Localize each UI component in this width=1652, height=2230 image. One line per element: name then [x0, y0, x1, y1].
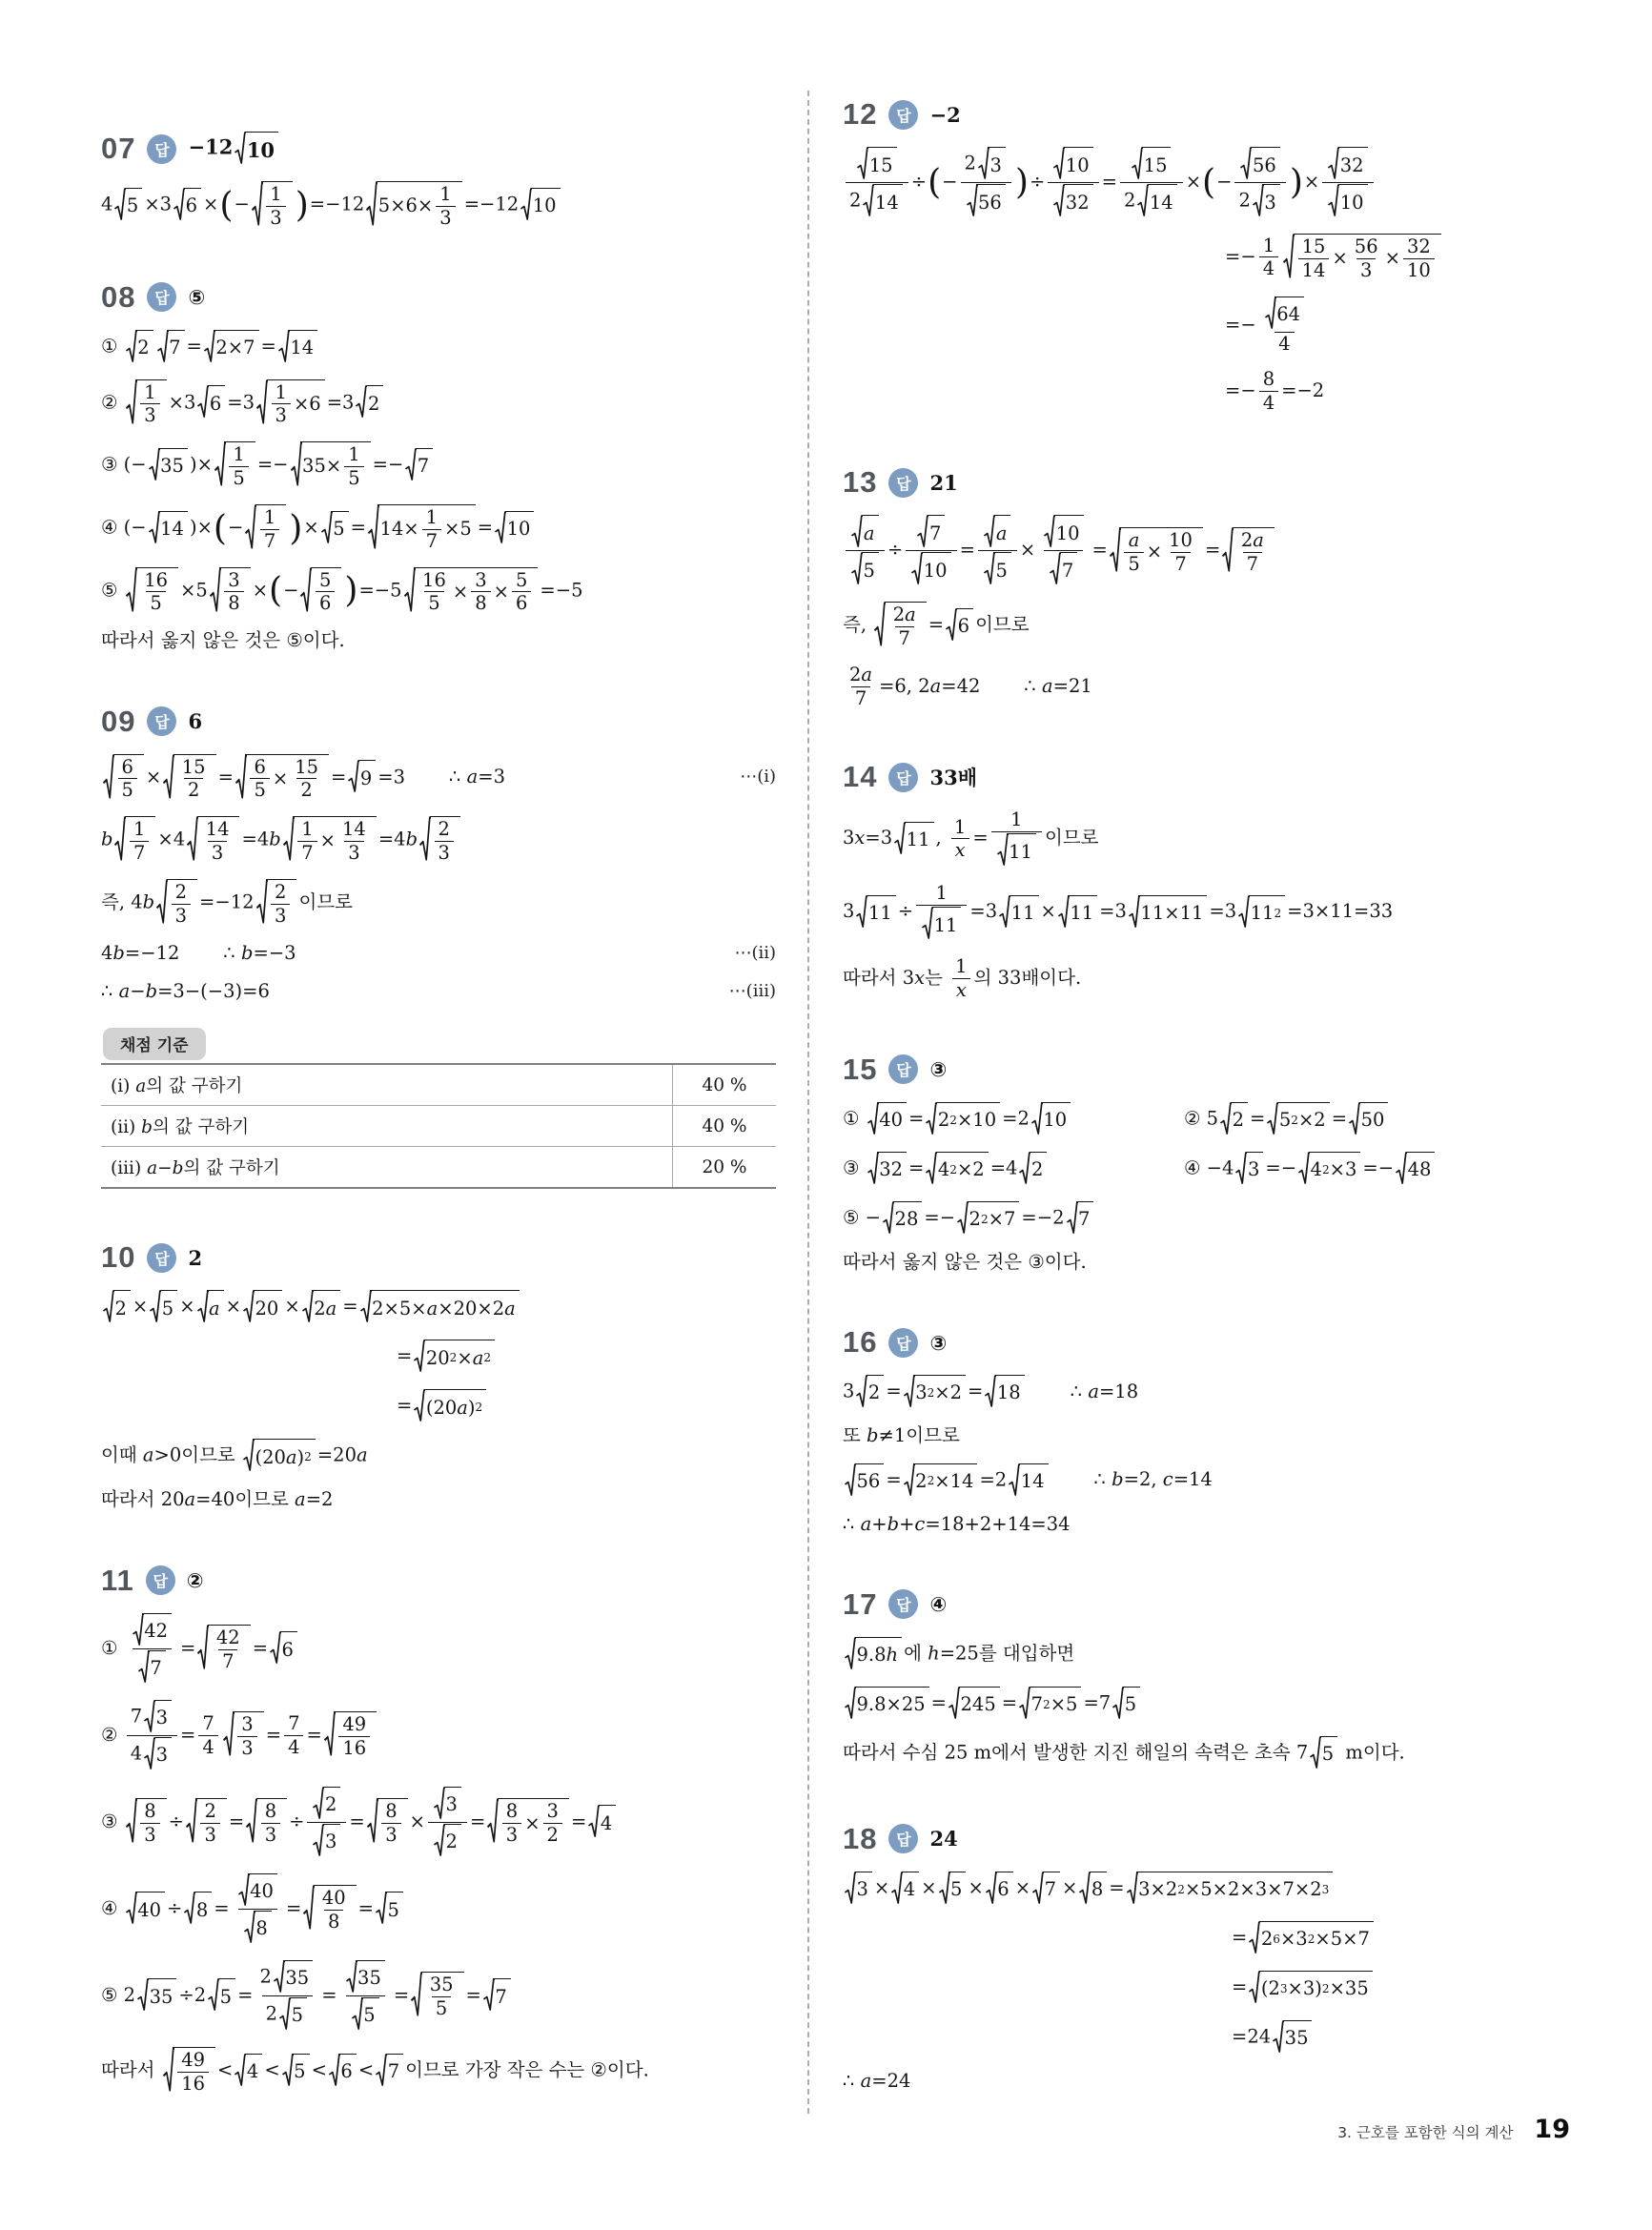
solution-line: =(20a)2 — [397, 1389, 776, 1423]
square-root: 355 — [411, 1972, 463, 2019]
square-root: 42×2 — [926, 1152, 988, 1186]
grading-rubric: 채점 기준(i) a의 값 구하기40 %(ii) b의 값 구하기40 %(i… — [101, 1028, 776, 1189]
rubric-criterion: (i) a의 값 구하기 — [101, 1064, 673, 1106]
formula: b17×4143=4b17×143=4b23 — [101, 816, 462, 864]
formula: 따라서 옳지 않은 것은 ⑤이다. — [101, 629, 345, 652]
solution-line: ① 427=427=6 — [101, 1613, 776, 1685]
square-root: 3 — [144, 1737, 172, 1771]
problem-header: 16답③ — [843, 1325, 1605, 1360]
fraction: 1032 — [1048, 147, 1098, 218]
square-root: (20a)2 — [243, 1439, 316, 1473]
fraction: 83 — [502, 1801, 521, 1846]
square-root: 3 — [313, 1824, 340, 1858]
problem-09: 09답665×152=65×152=9=3∴ a=3⋯(i)b17×4143=4… — [101, 705, 776, 1190]
fraction: 427 — [127, 1613, 177, 1685]
solution-line: 즉, 2a7=6이므로 — [843, 602, 1605, 649]
formula: ⑤ 165×538×(−56)=−5165×38×56=−5 — [101, 567, 583, 615]
square-root: 2 — [126, 330, 153, 364]
fraction: 563 — [1351, 236, 1382, 281]
square-root: 13 — [126, 379, 167, 427]
fraction: 107 — [1038, 515, 1089, 586]
square-root: 14 — [1137, 184, 1176, 218]
square-root: 6 — [946, 608, 973, 643]
formula: =(20a)2 — [397, 1389, 488, 1423]
square-root: 23 — [186, 1798, 227, 1846]
problem-17: 17답④9.8h에 h=25를 대입하면9.8×25=245=72×5=75따라… — [843, 1587, 1605, 1770]
square-root: 23 — [419, 816, 460, 864]
formula: ⑤ −28=−22×7=−27 — [843, 1201, 1095, 1236]
formula: ① 427=427=6 — [101, 1613, 299, 1685]
square-root: 10 — [520, 188, 560, 222]
square-root: 6 — [329, 2054, 357, 2088]
big-paren: ( — [928, 167, 941, 197]
formula: a5÷710=a5×107=a5×107=2a7 — [843, 515, 1276, 586]
problem-10: 10답22×5×a×20×2a=2×5×a×20×2a=202×a2=(20a)… — [101, 1240, 776, 1511]
problem-number: 13 — [843, 465, 877, 500]
solution-line: =−644 — [1225, 297, 1605, 355]
fraction: 23 — [307, 1787, 346, 1858]
square-root: 2 — [103, 1290, 131, 1324]
fraction: 152 — [291, 757, 322, 802]
formula: ∴ a=24 — [843, 2070, 910, 2093]
solution-line: ∴ a−b=3−(−3)=6⋯(iii) — [101, 980, 776, 1003]
big-paren: ( — [269, 575, 282, 605]
formula: 2×5×a×20×2a=2×5×a×20×2a — [101, 1290, 521, 1324]
fraction: 56 — [316, 570, 335, 615]
square-root: 7 — [157, 330, 185, 364]
solution-line: ② 7343=7433=74=4916 — [101, 1700, 776, 1771]
fraction: 83 — [261, 1801, 280, 1846]
problem-number: 08 — [101, 280, 135, 315]
square-root: 22×10 — [926, 1102, 1000, 1136]
square-root: 2a7 — [1222, 527, 1275, 575]
square-root: 35×15 — [291, 441, 371, 489]
square-root: 8 — [184, 1892, 212, 1926]
square-root: 1514×563×3210 — [1283, 234, 1441, 281]
square-root: 48 — [1396, 1152, 1435, 1186]
square-root: 408 — [303, 1885, 356, 1933]
solution-line: 따라서 옳지 않은 것은 ③이다. — [843, 1251, 1605, 1274]
fraction: 14 — [1259, 235, 1278, 280]
fraction: a5 — [846, 515, 885, 586]
solution-line: 56=22×14=214∴ b=2, c=14 — [843, 1463, 1605, 1498]
square-root: 56 — [967, 184, 1006, 218]
problem-11: 11답②① 427=427=6② 7343=7433=74=4916③ 83÷2… — [101, 1564, 776, 2095]
square-root: 65 — [103, 754, 144, 802]
formula: 2a7=6, 2a=42 — [843, 665, 980, 709]
answer-badge: 답 — [147, 706, 176, 736]
big-paren: ) — [1290, 167, 1303, 197]
answer-text: −2 — [929, 103, 960, 127]
problem-number: 10 — [101, 1240, 135, 1275]
problem-header: 17답④ — [843, 1587, 1605, 1622]
solution-line: =202×a2 — [397, 1340, 776, 1374]
solution-line: ⑤ 235÷25=23525=355=355=7 — [101, 1960, 776, 2032]
conclusion: ∴ a=21 — [1024, 675, 1091, 698]
fraction: 38 — [224, 570, 243, 615]
answer-badge: 답 — [888, 763, 918, 792]
problem-number: 15 — [843, 1053, 877, 1087]
square-root: 8 — [244, 1911, 272, 1945]
square-root: (23×3)2×35 — [1249, 1971, 1372, 2005]
fraction: 111 — [916, 883, 967, 941]
solution-line: 32=32×2=18∴ a=18 — [843, 1375, 1605, 1409]
square-root: 14 — [863, 184, 902, 218]
square-root: 22×14 — [904, 1463, 978, 1498]
fraction: 2356 — [961, 147, 1011, 218]
formula: =2435 — [1232, 2020, 1314, 2055]
fraction: 32 — [428, 1787, 467, 1858]
problem-header: 08답⑤ — [101, 280, 776, 315]
solution-line: 따라서 20a=40이므로 a=2 — [101, 1488, 776, 1511]
solution-line: 즉, 4b23=−1223이므로 — [101, 879, 776, 927]
formula: ④ (−14)×(−17)×5=14×17×5=10 — [101, 504, 536, 552]
fraction: a5 — [978, 515, 1017, 586]
problem-16: 16답③32=32×2=18∴ a=18또 b≠1이므로56=22×14=214… — [843, 1325, 1605, 1536]
fraction: 17 — [260, 507, 279, 552]
fraction: 165 — [418, 570, 450, 615]
answer-text: 21 — [929, 471, 957, 495]
square-root: 10 — [1328, 184, 1367, 218]
square-root: 9.8×25 — [845, 1687, 929, 1721]
solution-line: ⑤ −28=−22×7=−27 — [843, 1201, 1605, 1236]
square-root: 23 — [256, 879, 297, 927]
formula: ② 13×36=313×6=32 — [101, 379, 385, 427]
column-divider — [807, 91, 809, 2114]
fraction: 83 — [140, 1801, 159, 1846]
fraction: 1514 — [1298, 236, 1330, 281]
square-root: 10 — [1031, 1102, 1071, 1136]
square-root: 56 — [300, 567, 341, 615]
fraction: 3210 — [1322, 147, 1373, 218]
square-root: 15 — [857, 147, 896, 181]
answer-badge: 답 — [888, 100, 918, 130]
formula: ② 7343=7433=74=4916 — [101, 1700, 378, 1771]
square-root: 35 — [1273, 2020, 1312, 2055]
big-paren: ( — [219, 190, 233, 220]
square-root: 17 — [114, 816, 155, 864]
square-root: 112 — [1238, 895, 1285, 930]
problem-header: 14답33배 — [843, 760, 1605, 794]
square-root: 5 — [208, 1978, 235, 2013]
fraction: 1x — [950, 817, 969, 862]
square-root: 3 — [1235, 1152, 1263, 1186]
fraction: 2a7 — [889, 604, 920, 649]
square-root: 5 — [1112, 1687, 1140, 1721]
fraction: 13 — [436, 184, 455, 229]
formula: ② 52=52×2=50 — [1184, 1102, 1525, 1136]
solution-line: 9.8h에 h=25를 대입하면 — [843, 1637, 1605, 1671]
rubric-row: (i) a의 값 구하기40 % — [101, 1064, 776, 1106]
square-root: 2 — [856, 1375, 884, 1409]
solution-line: 45×36×(−13)=−125×6×13=−1210 — [101, 181, 776, 229]
formula: 따라서 수심 25 m에서 발생한 지진 해일의 속력은 초속 75 m이다. — [843, 1736, 1405, 1770]
square-root: 5 — [376, 1892, 403, 1926]
square-root: 11 — [1058, 895, 1097, 930]
square-root: a — [851, 515, 878, 549]
formula: 즉, 4b23=−1223이므로 — [101, 879, 353, 927]
fraction: 32 — [543, 1801, 562, 1846]
problem-number: 11 — [101, 1564, 134, 1598]
fraction: 2a7 — [1237, 530, 1268, 575]
problem-header: 18답24 — [843, 1822, 1605, 1856]
fraction: 74 — [198, 1713, 217, 1758]
answer-text: ⑤ — [188, 285, 205, 309]
fraction: 84 — [1259, 369, 1278, 414]
fraction: 111 — [991, 809, 1042, 868]
fraction: 23 — [435, 819, 454, 864]
solution-line: 3×4×5×6×7×8=3×22×5×2×3×7×23 — [843, 1872, 1605, 1906]
fraction: 23 — [172, 882, 191, 927]
fraction: 427 — [213, 1627, 244, 1672]
square-root: 8 — [1079, 1872, 1107, 1906]
answer-text: ② — [187, 1568, 204, 1592]
square-root: 65×152 — [235, 754, 329, 802]
square-root: 3 — [978, 147, 1006, 181]
fraction: 355 — [426, 1974, 458, 2019]
square-root: 2 — [313, 1787, 340, 1821]
square-root: 245 — [948, 1687, 1000, 1721]
square-root: 83 — [246, 1798, 287, 1846]
solution-line: ⑤ 165×538×(−56)=−5165×38×56=−5 — [101, 567, 776, 615]
fraction: 4916 — [177, 2050, 209, 2095]
formula: 15214÷(−2356)÷1032=15214×(−5623)×3210 — [843, 147, 1377, 218]
square-root: 33 — [223, 1711, 264, 1759]
problem-header: 10답2 — [101, 1240, 776, 1275]
problem-number: 07 — [101, 132, 135, 166]
fraction: 17 — [130, 819, 149, 864]
fraction: 1x — [951, 956, 970, 1001]
answer-badge: 답 — [888, 468, 918, 498]
fraction: 15214 — [1120, 147, 1183, 218]
fraction: 15 — [229, 444, 248, 489]
problem-07: 07답−121045×36×(−13)=−125×6×13=−1210 — [101, 132, 776, 229]
square-root: 5×6×13 — [366, 181, 461, 229]
fraction: 152 — [178, 757, 210, 802]
square-root: 3 — [434, 1787, 461, 1821]
rubric-row: (iii) a−b의 값 구하기20 % — [101, 1147, 776, 1189]
fraction: 83 — [381, 1801, 400, 1846]
problem-number: 14 — [843, 760, 877, 794]
formula: 9.8h에 h=25를 대입하면 — [843, 1637, 1074, 1671]
solution-line: =(23×3)2×35 — [1232, 1971, 1605, 2005]
page-number: 19 — [1534, 2115, 1570, 2144]
square-root: 56 — [845, 1463, 884, 1498]
square-root: 14 — [278, 330, 317, 364]
solution-line: 따라서 옳지 않은 것은 ⑤이다. — [101, 629, 776, 652]
step-marker: ⋯(i) — [740, 767, 776, 788]
square-root: 83×32 — [487, 1798, 569, 1846]
fraction: 33 — [237, 1714, 256, 1759]
square-root: 143 — [187, 816, 239, 864]
square-root: 14 — [149, 511, 188, 545]
problem-header: 07답−1210 — [101, 132, 776, 166]
square-root: 18 — [985, 1375, 1024, 1409]
formula: 따라서 20a=40이므로 a=2 — [101, 1488, 333, 1511]
problem-number: 12 — [843, 97, 877, 132]
left-column: 07답−121045×36×(−13)=−125×6×13=−121008답⑤①… — [101, 132, 776, 2145]
fraction: 4916 — [338, 1714, 370, 1759]
square-root: 11 — [999, 895, 1038, 930]
square-root: 20 — [243, 1290, 282, 1324]
solution-line: 2a7=6, 2a=42∴ a=21 — [843, 665, 1605, 709]
problem-header: 13답21 — [843, 465, 1605, 500]
square-root: 2a — [302, 1290, 341, 1324]
square-root: 5 — [150, 1290, 177, 1324]
fraction: 408 — [318, 1888, 350, 1933]
square-root: 35 — [137, 1978, 176, 2013]
fraction: 38 — [471, 570, 490, 615]
formula: ∴ a−b=3−(−3)=6 — [101, 980, 270, 1003]
big-paren: ) — [1015, 167, 1029, 197]
answer-text: ③ — [929, 1057, 947, 1081]
big-paren: ) — [296, 190, 309, 220]
solution-line: ③ 83÷23=83÷23=83×32=83×32=4 — [101, 1787, 776, 1858]
square-root: 83 — [367, 1798, 408, 1846]
formula: 따라서 3x는 1x의 33배이다. — [843, 956, 1081, 1001]
fraction: 13 — [266, 184, 285, 229]
square-root: 10 — [235, 132, 278, 166]
answer-badge: 답 — [888, 1824, 918, 1853]
conclusion: ∴ a=18 — [1071, 1381, 1138, 1403]
solution-line: =26×32×5×7 — [1232, 1921, 1605, 1955]
answer-badge: 답 — [147, 134, 176, 164]
fraction: 710 — [906, 515, 956, 586]
formula: 3×4×5×6×7×8=3×22×5×2×3×7×23 — [843, 1872, 1335, 1906]
solution-line: 따라서 수심 25 m에서 발생한 지진 해일의 속력은 초속 75 m이다. — [843, 1736, 1605, 1770]
square-root: 7 — [483, 1978, 511, 2013]
square-root: 17 — [245, 504, 286, 552]
formula: =−644 — [1225, 297, 1313, 355]
solution-line: ∴ a+b+c=18+2+14=34 — [843, 1513, 1605, 1536]
square-root: 5 — [352, 1997, 379, 2032]
formula: 즉, 2a7=6이므로 — [843, 602, 1030, 649]
fraction: 15 — [344, 444, 363, 489]
fraction: 2a7 — [846, 665, 876, 709]
square-root: 7 — [1050, 552, 1077, 586]
square-root: 2×5×a×20×2a — [360, 1290, 520, 1324]
formula: 4b=−12 — [101, 942, 179, 965]
square-root: 5 — [984, 552, 1011, 586]
square-root: 42×3 — [1298, 1152, 1360, 1186]
fraction: a5 — [1124, 530, 1143, 575]
formula: ③ 32=42×2=42 — [843, 1152, 1184, 1186]
square-root: 3 — [1253, 184, 1280, 218]
square-root: 7 — [376, 2054, 403, 2088]
square-root: 4 — [235, 2054, 262, 2088]
right-column: 12답−215214÷(−2356)÷1032=15214×(−5623)×32… — [843, 97, 1605, 2144]
solution-line: 65×152=65×152=9=3∴ a=3⋯(i) — [101, 754, 776, 802]
answer-text: 24 — [929, 1827, 957, 1851]
solution-line: a5÷710=a5×107=a5×107=2a7 — [843, 515, 1605, 586]
answer-badge: 답 — [147, 282, 176, 312]
formula: ① 40=22×10=210 — [843, 1102, 1184, 1136]
square-root: 4 — [891, 1872, 919, 1906]
solution-line: 따라서 4916<4<5<6<7이므로 가장 작은 수는 ②이다. — [101, 2047, 776, 2095]
conclusion: ∴ b=−3 — [223, 942, 296, 965]
rubric-percent: 20 % — [673, 1147, 777, 1189]
square-root: 2 — [1019, 1152, 1047, 1186]
square-root: 72×5 — [1019, 1687, 1081, 1721]
solution-line: 또 b≠1이므로 — [843, 1424, 1605, 1447]
rubric-row: (ii) b의 값 구하기40 % — [101, 1106, 776, 1147]
square-root: 14 — [1009, 1463, 1048, 1498]
square-root: 4 — [588, 1805, 616, 1839]
square-root: a — [197, 1290, 224, 1324]
square-root: a5×107 — [1110, 527, 1203, 575]
fraction: 65 — [250, 757, 269, 802]
problem-18: 18답243×4×5×6×7×8=3×22×5×2×3×7×23=26×32×5… — [843, 1822, 1605, 2093]
square-root: 64 — [1265, 297, 1304, 331]
square-root: 2×7 — [204, 330, 259, 364]
big-paren: ( — [214, 513, 227, 543]
fraction: 23 — [200, 1801, 219, 1846]
answer-text: −1210 — [188, 132, 280, 166]
rubric-criterion: (iii) a−b의 값 구하기 — [101, 1147, 673, 1189]
answer-text: 6 — [188, 709, 202, 733]
formula: ③ (−35)×15=−35×15=−7 — [101, 441, 435, 489]
square-root: 7 — [917, 515, 945, 549]
rubric-percent: 40 % — [673, 1106, 777, 1147]
formula: ∴ a+b+c=18+2+14=34 — [843, 1513, 1071, 1536]
fraction: 3210 — [1403, 236, 1435, 281]
square-root: 6 — [197, 385, 225, 419]
square-root: 26×32×5×7 — [1249, 1921, 1374, 1955]
problem-12: 12답−215214÷(−2356)÷1032=15214×(−5623)×32… — [843, 97, 1605, 414]
formula: 65×152=65×152=9=3 — [101, 754, 405, 802]
answer-text: ④ — [929, 1592, 947, 1616]
solution-line: 9.8×25=245=72×5=75 — [843, 1687, 1605, 1721]
square-root: 2 — [434, 1824, 461, 1858]
rubric-title: 채점 기준 — [103, 1028, 206, 1060]
formula: 56=22×14=214 — [843, 1463, 1050, 1498]
square-root: 5 — [114, 188, 142, 222]
square-root: 2 — [1220, 1102, 1248, 1136]
solution-line: ① 27=2×7=14 — [101, 330, 776, 364]
square-root: 6 — [173, 188, 201, 222]
square-root: 5 — [939, 1872, 967, 1906]
fraction: 23525 — [255, 1960, 318, 2032]
square-root: 23 — [156, 879, 197, 927]
fraction: 143 — [202, 819, 234, 864]
square-root: 35 — [346, 1960, 385, 1995]
solution-line: =2435 — [1232, 2020, 1605, 2055]
formula: 3x=311, 1x=111이므로 — [843, 809, 1099, 868]
square-root: 10 — [911, 552, 950, 586]
fraction: 56 — [512, 570, 531, 615]
formula: 또 b≠1이므로 — [843, 1424, 960, 1447]
problem-header: 09답6 — [101, 705, 776, 739]
square-root: 83 — [126, 1798, 167, 1846]
square-root: 152 — [163, 754, 215, 802]
square-root: 10 — [1053, 147, 1092, 181]
fraction: 65 — [118, 757, 137, 802]
rubric-table: (i) a의 값 구하기40 %(ii) b의 값 구하기40 %(iii) a… — [101, 1063, 776, 1189]
problem-number: 18 — [843, 1822, 877, 1856]
square-root: 28 — [883, 1201, 922, 1236]
square-root: 32 — [1328, 147, 1367, 181]
rubric-criterion: (ii) b의 값 구하기 — [101, 1106, 673, 1147]
problem-08: 08답⑤① 27=2×7=14② 13×36=313×6=32③ (−35)×1… — [101, 280, 776, 653]
answer-badge: 답 — [147, 1243, 176, 1273]
answer-badge: 답 — [888, 1054, 918, 1084]
problem-header: 12답−2 — [843, 97, 1605, 132]
solution-line: ③ 32=42×2=42④ −43=−42×3=−48 — [843, 1152, 1605, 1186]
square-root: 7 — [138, 1650, 166, 1685]
formula: =−84=−2 — [1225, 369, 1324, 414]
square-root: 56 — [1240, 147, 1279, 181]
fraction: 17 — [422, 507, 441, 552]
